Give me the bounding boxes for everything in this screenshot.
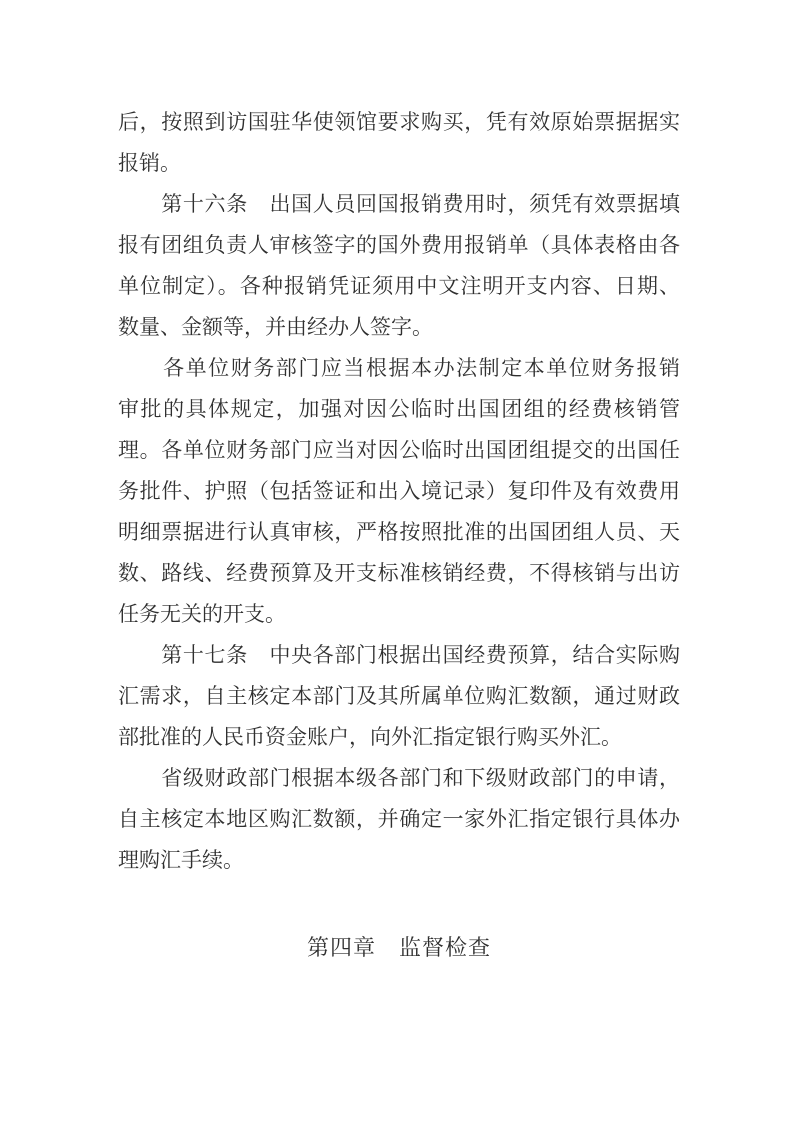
text-line: 后，按照到访国驻华使领馆要求购买，凭有效原始票据据实 xyxy=(118,102,680,143)
text-line: 数、路线、经费预算及开支标准核销经费，不得核销与出访 xyxy=(118,553,680,594)
text-line: 理购汇手续。 xyxy=(118,840,680,881)
text-line: 自主核定本地区购汇数额，并确定一家外汇指定银行具体办 xyxy=(118,799,680,840)
chapter-heading: 第四章 监督检查 xyxy=(118,927,680,968)
text-line: 各单位财务部门应当根据本办法制定本单位财务报销 xyxy=(118,348,680,389)
paragraph: 第十六条 出国人员回国报销费用时，须凭有效票据填报有团组负责人审核签字的国外费用… xyxy=(118,184,680,348)
document-page: 后，按照到访国驻华使领馆要求购买，凭有效原始票据据实报销。 第十六条 出国人员回… xyxy=(0,0,793,1123)
paragraph: 各单位财务部门应当根据本办法制定本单位财务报销审批的具体规定，加强对因公临时出国… xyxy=(118,348,680,635)
text-line: 报销。 xyxy=(118,143,680,184)
text-line: 第十六条 出国人员回国报销费用时，须凭有效票据填 xyxy=(118,184,680,225)
text-line: 审批的具体规定，加强对因公临时出国团组的经费核销管 xyxy=(118,389,680,430)
paragraph: 省级财政部门根据本级各部门和下级财政部门的申请，自主核定本地区购汇数额，并确定一… xyxy=(118,758,680,881)
document-body: 后，按照到访国驻华使领馆要求购买，凭有效原始票据据实报销。 第十六条 出国人员回… xyxy=(118,102,680,968)
text-line: 部批准的人民币资金账户，向外汇指定银行购买外汇。 xyxy=(118,717,680,758)
text-line: 数量、金额等，并由经办人签字。 xyxy=(118,307,680,348)
text-line: 务批件、护照（包括签证和出入境记录）复印件及有效费用 xyxy=(118,471,680,512)
paragraph: 后，按照到访国驻华使领馆要求购买，凭有效原始票据据实报销。 xyxy=(118,102,680,184)
text-line: 理。各单位财务部门应当对因公临时出国团组提交的出国任 xyxy=(118,430,680,471)
text-line: 第十七条 中央各部门根据出国经费预算，结合实际购 xyxy=(118,635,680,676)
text-line: 明细票据进行认真审核，严格按照批准的出国团组人员、天 xyxy=(118,512,680,553)
text-line: 汇需求，自主核定本部门及其所属单位购汇数额，通过财政 xyxy=(118,676,680,717)
text-line: 任务无关的开支。 xyxy=(118,594,680,635)
text-line: 省级财政部门根据本级各部门和下级财政部门的申请， xyxy=(118,758,680,799)
text-line: 单位制定）。各种报销凭证须用中文注明开支内容、日期、 xyxy=(118,266,680,307)
paragraph: 第十七条 中央各部门根据出国经费预算，结合实际购汇需求，自主核定本部门及其所属单… xyxy=(118,635,680,758)
text-line: 报有团组负责人审核签字的国外费用报销单（具体表格由各 xyxy=(118,225,680,266)
